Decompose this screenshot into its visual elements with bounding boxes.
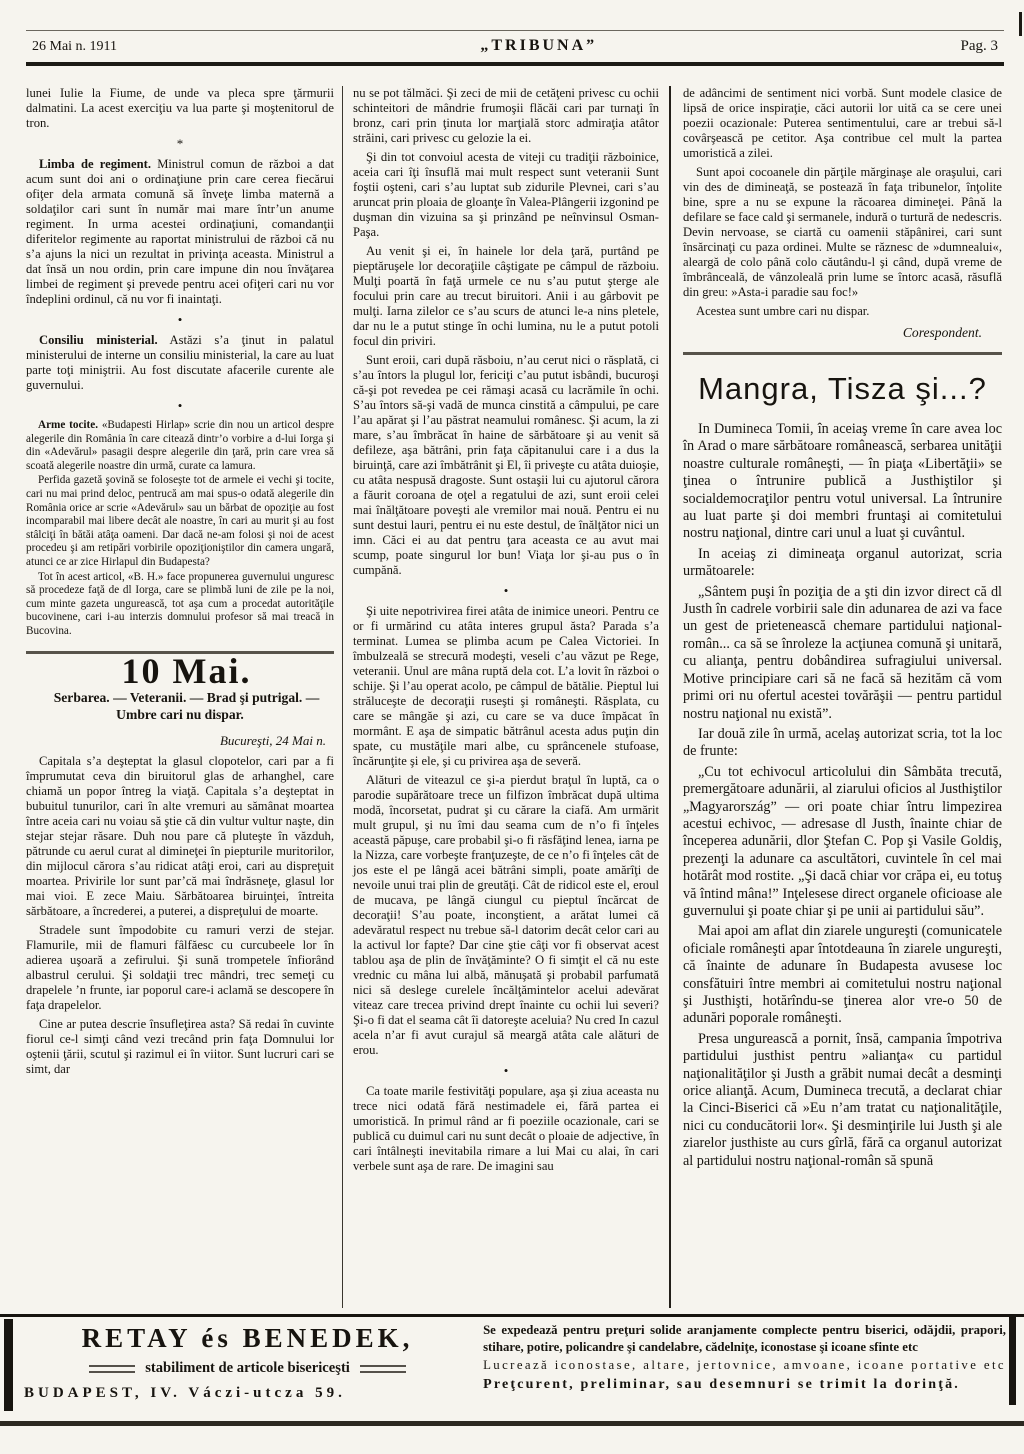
- article-paragraph: Mai apoi am aflat din ziarele ungureşti …: [683, 923, 1002, 1027]
- article-paragraph: Sunt apoi cocoanele din părţile mărginaş…: [683, 165, 1002, 300]
- news-lead: Arme tocite.: [38, 419, 98, 431]
- columns: lunei Iulie la Fiume, de unde va pleca s…: [0, 86, 1024, 1308]
- page-edge-mark: [1019, 12, 1022, 36]
- article-paragraph: Presa ungurească a pornit, însă, campani…: [683, 1031, 1002, 1170]
- bullet-separator: •: [353, 1064, 659, 1078]
- masthead: 26 Mai n. 1911 „TRIBUNA” Pag. 3: [26, 30, 1004, 66]
- article-paragraph: Sunt eroii, cari după răsboiu, n’au ceru…: [353, 353, 659, 578]
- article-paragraph: de adâncimi de sentiment nici vorbă. Sun…: [683, 86, 1002, 161]
- news-item-arme: Arme tocite. «Budapesti Hirlap» scrie di…: [26, 419, 334, 639]
- news-paragraph: Perfida gazetă şovină se foloseşte tot d…: [26, 474, 334, 569]
- ad-right-block: Se expedează pentru preţuri solide aranj…: [479, 1317, 1024, 1421]
- ad-offer-text: Se expedează pentru preţuri solide aranj…: [483, 1322, 1006, 1355]
- ad-products-text: Lucrează iconostase, altare, jertovnice,…: [483, 1358, 1006, 1373]
- ad-company-name: RETAY és BENEDEK,: [24, 1323, 471, 1354]
- newspaper-page: 26 Mai n. 1911 „TRIBUNA” Pag. 3 lunei Iu…: [0, 0, 1024, 1454]
- article-paragraph: Capitala s’a deşteptat la glasul clopote…: [26, 754, 334, 919]
- article-subtitle: Serbarea. — Veteranii. — Brad şi putriga…: [26, 689, 334, 723]
- article-paragraph: Stradele sunt împodobite cu ramuri verzi…: [26, 923, 334, 1013]
- issue-date: 26 Mai n. 1911: [32, 39, 117, 55]
- section-rule: [683, 352, 1002, 355]
- article-paragraph: In aceiaş zi dimineaţa organul autorizat…: [683, 546, 1002, 581]
- dash-rule: [360, 1365, 406, 1373]
- ad-border-bar: [4, 1319, 13, 1411]
- article-paragraph: Iar două zile în urmă, acelaş autorizat …: [683, 726, 1002, 761]
- continued-paragraph: lunei Iulie la Fiume, de unde va pleca s…: [26, 86, 334, 131]
- news-lead: Consiliu ministerial.: [39, 333, 158, 347]
- dash-rule: [89, 1365, 135, 1373]
- article-paragraph: nu se pot tălmăci. Şi zeci de mii de cet…: [353, 86, 659, 146]
- article-paragraph: Au venit şi ei, în hainele lor dela ţară…: [353, 244, 659, 349]
- ad-tagline-row: stabiliment de articole bisericeşti: [24, 1360, 471, 1377]
- newspaper-title: „TRIBUNA”: [480, 37, 597, 55]
- news-item-limba: Limba de regiment. Ministrul comun de ră…: [26, 157, 334, 307]
- article-headline-10-mai: 10 Mai.: [26, 664, 334, 679]
- article-paragraph: Acestea sunt umbre cari nu dispar.: [683, 304, 1002, 319]
- column-3: de adâncimi de sentiment nici vorbă. Sun…: [671, 86, 1024, 1308]
- page-number: Pag. 3: [961, 38, 999, 55]
- asterisk-separator: *: [26, 137, 334, 151]
- ad-left-block: RETAY és BENEDEK, stabiliment de articol…: [0, 1317, 479, 1421]
- column-2: nu se pot tălmăci. Şi zeci de mii de cet…: [343, 86, 669, 1308]
- advertisement: RETAY és BENEDEK, stabiliment de articol…: [0, 1314, 1024, 1426]
- article-paragraph: Alături de viteazul ce şi-a pierdut braţ…: [353, 773, 659, 1058]
- bullet-separator: •: [26, 313, 334, 327]
- ad-border-bar: [1009, 1317, 1016, 1405]
- article-paragraph: In Dumineca Tomii, în aceiaş vreme în ca…: [683, 421, 1002, 543]
- bullet-separator: •: [353, 584, 659, 598]
- article-paragraph: Şi din tot convoiul acesta de viteji cu …: [353, 150, 659, 240]
- ad-pricelist-text: Preţcurent, preliminar, sau desemnuri se…: [483, 1377, 1006, 1393]
- article-paragraph: Cine ar putea descrie însufleţirea asta?…: [26, 1017, 334, 1077]
- article-headline-mangra: Mangra, Tisza şi...?: [683, 371, 1002, 407]
- bullet-separator: •: [26, 399, 334, 413]
- column-1: lunei Iulie la Fiume, de unde va pleca s…: [0, 86, 342, 1308]
- article-paragraph: „Sântem puşi în poziţia de a şti din izv…: [683, 584, 1002, 723]
- news-text: Ministrul comun de război a dat acum sun…: [26, 157, 334, 306]
- news-lead: Limba de regiment.: [39, 157, 151, 171]
- news-paragraph: Tot în acest articol, «B. H.» face propu…: [26, 571, 334, 639]
- ad-address: BUDAPEST, IV. Váczi-utcza 59.: [24, 1385, 471, 1402]
- news-item-consiliu: Consiliu ministerial. Astăzi s’a ţinut i…: [26, 333, 334, 393]
- article-signature: Corespondent.: [683, 325, 982, 340]
- article-paragraph: „Cu tot echivocul articolului din Sâmbăt…: [683, 764, 1002, 921]
- article-paragraph: Şi uite nepotrivirea firei atâta de inim…: [353, 604, 659, 769]
- article-paragraph: Ca toate marile festivităţi populare, aş…: [353, 1084, 659, 1174]
- article-dateline: Bucureşti, 24 Mai n.: [26, 733, 326, 748]
- ad-tagline: stabiliment de articole bisericeşti: [145, 1360, 350, 1377]
